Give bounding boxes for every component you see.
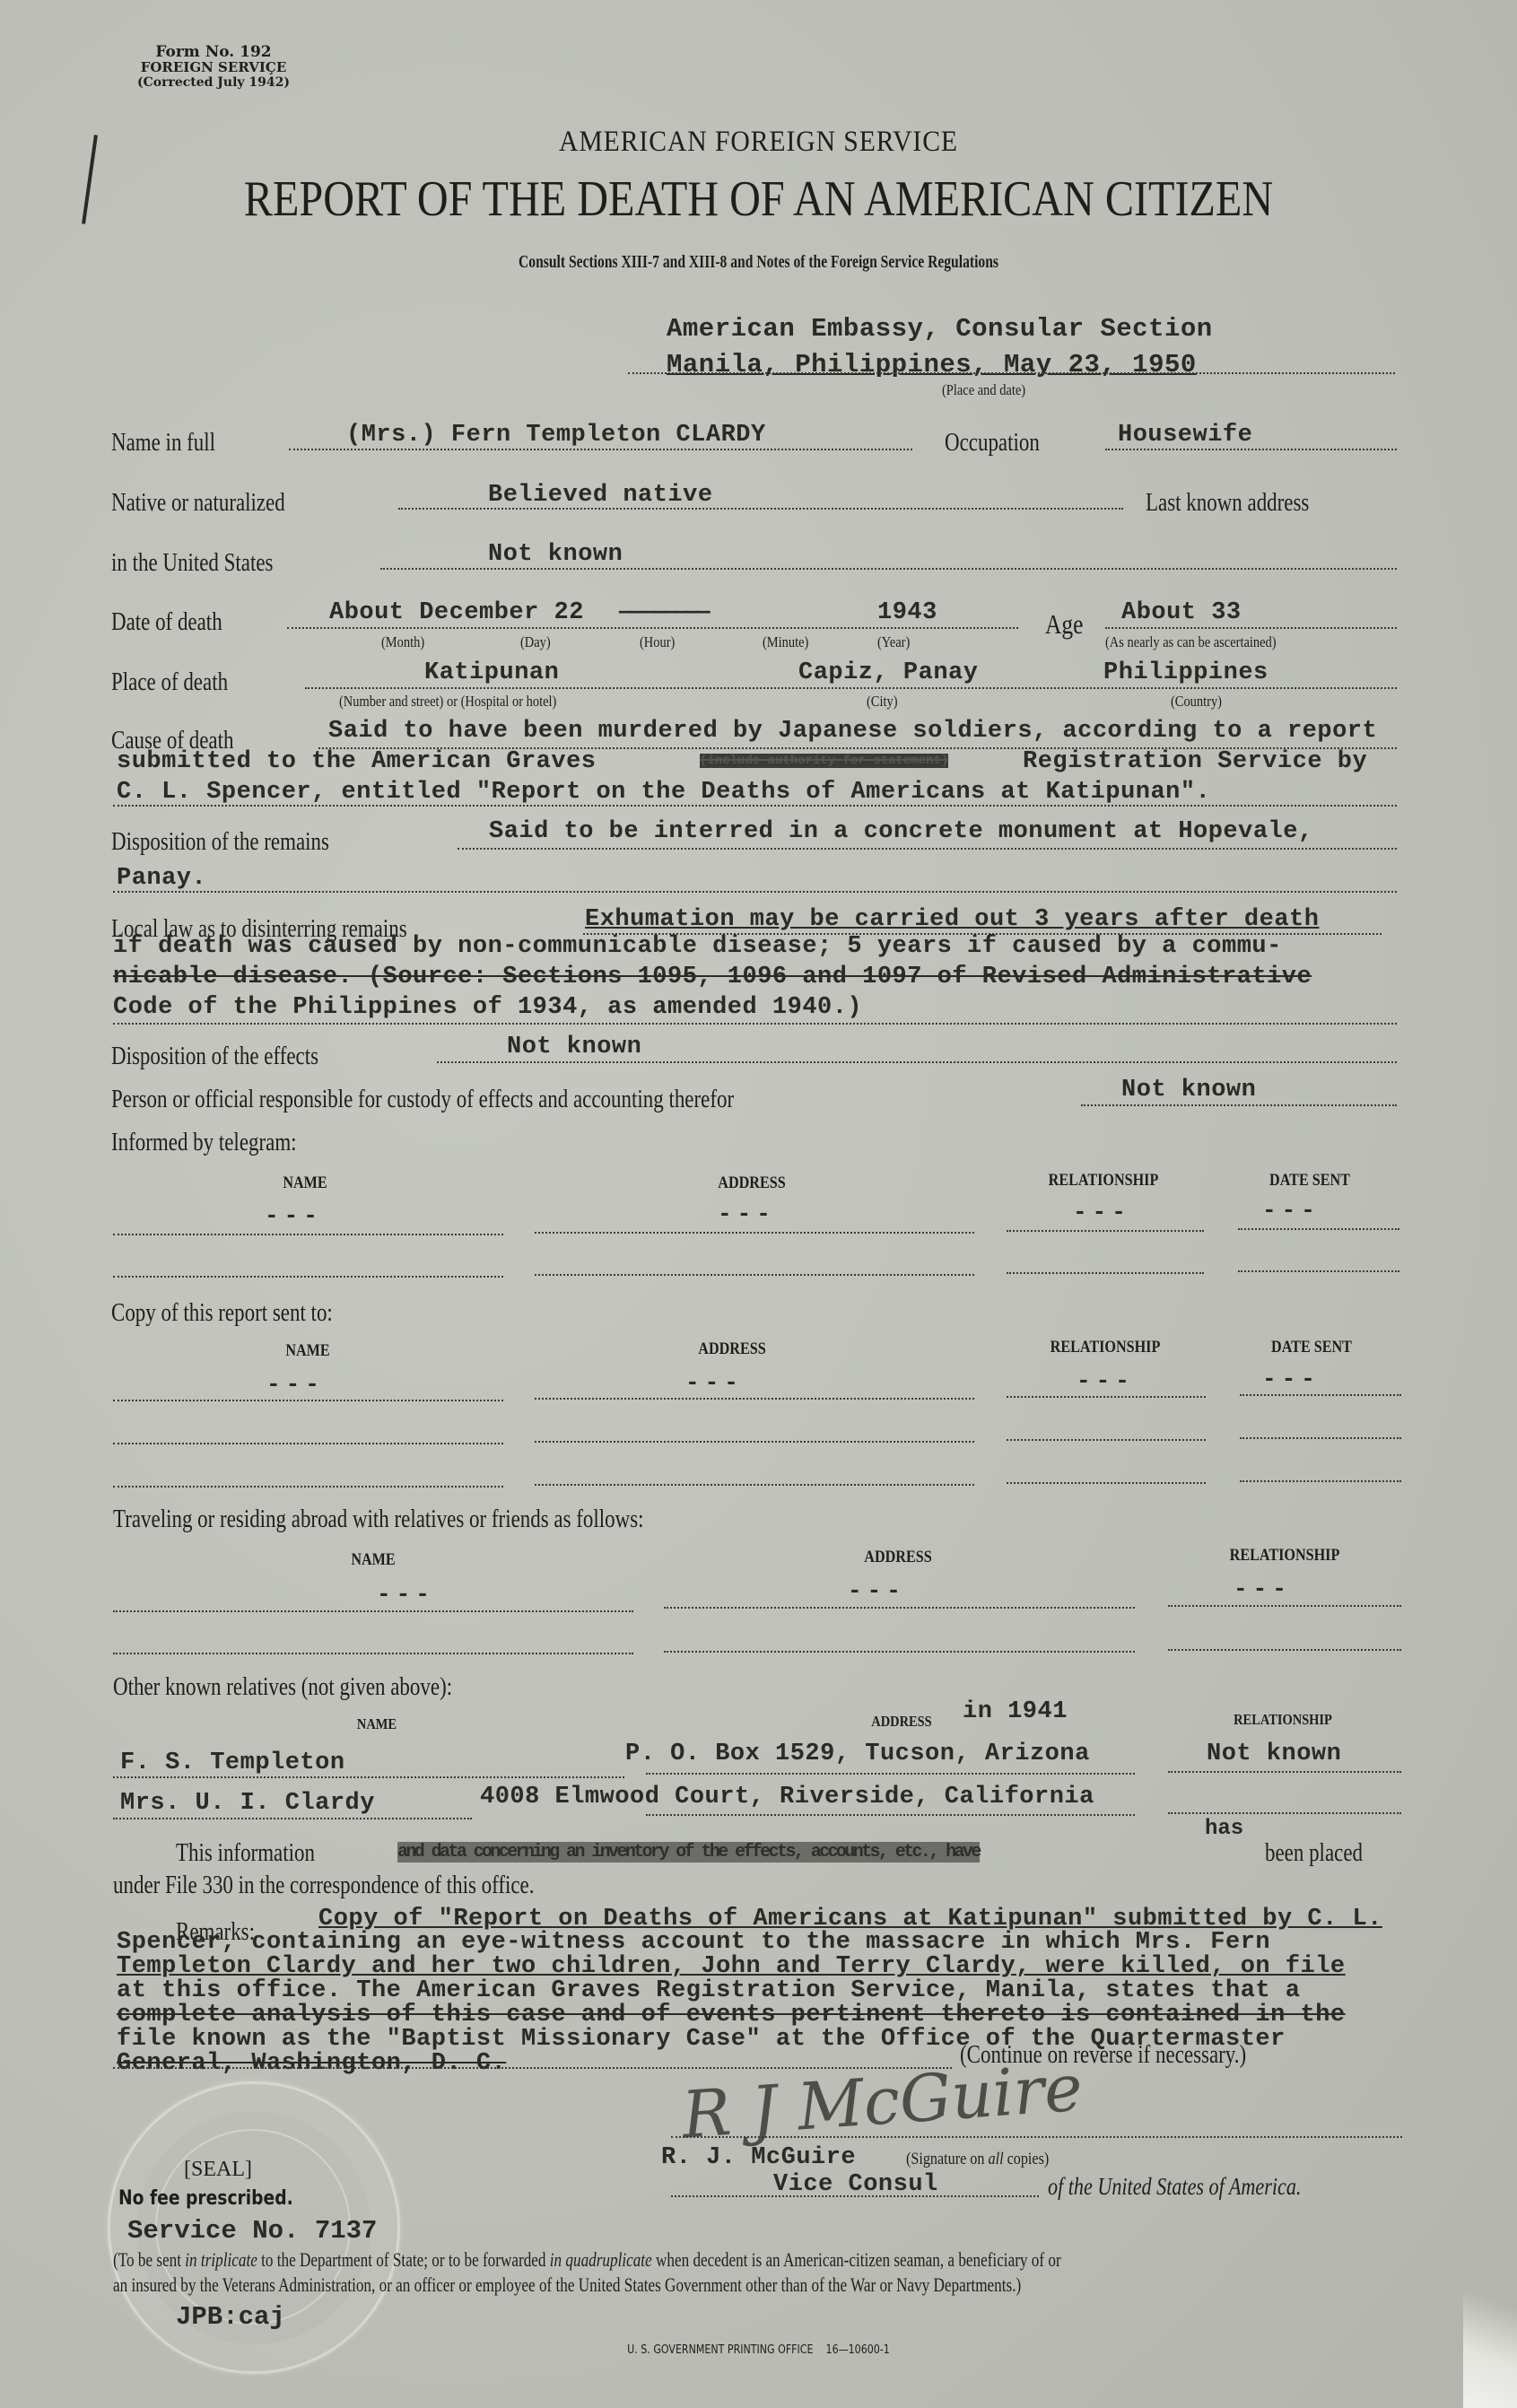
copy-header-name: NAME <box>262 1341 353 1361</box>
copy-header-relationship: RELATIONSHIP <box>1022 1338 1190 1357</box>
in-us-value: Not known <box>488 541 623 568</box>
telegram-row-1-address <box>535 1232 974 1234</box>
telegram-header-name: NAME <box>259 1173 351 1193</box>
signatory-name: R. J. McGuire <box>661 2144 856 2171</box>
traveling-row-1-address <box>664 1607 1135 1609</box>
remarks-line-4: at this office. The American Graves Regi… <box>117 1977 1301 2004</box>
copy-header-date: DATE SENT <box>1251 1338 1373 1357</box>
remarks-line-3: Templeton Clardy and her two children, J… <box>117 1953 1346 1980</box>
relative-1-relationship: Not known <box>1207 1741 1341 1767</box>
note-1e: when decedent is an American-citizen sea… <box>652 2248 1061 2271</box>
traveling-row-2-relationship <box>1168 1649 1401 1651</box>
telegram-address-blank: --- <box>718 1200 776 1227</box>
relatives-header-address: ADDRESS <box>856 1713 947 1731</box>
typist-initials: JPB:caj <box>176 2302 285 2332</box>
note-1a: (To be sent <box>113 2248 185 2271</box>
copy-row-1-relationship <box>1007 1396 1206 1398</box>
copy-row-3-name <box>113 1486 503 1488</box>
printer-line: U. S. GOVERNMENT PRINTING OFFICE 16—1060… <box>114 2343 1403 2357</box>
title-line <box>671 2195 1039 2197</box>
relative-2-name-line <box>113 1818 472 1819</box>
no-fee-note: No fee prescribed. <box>118 2187 293 2210</box>
custody-line <box>1081 1104 1397 1106</box>
relatives-label: Other known relatives (not given above): <box>113 1673 452 1702</box>
custody-label: Person or official responsible for custo… <box>111 1086 734 1114</box>
agency-title: AMERICAN FOREIGN SERVICE <box>76 126 1442 159</box>
relative-1-name: F. S. Templeton <box>120 1749 345 1776</box>
relative-1-address-line <box>646 1773 1135 1775</box>
relative-2-name: Mrs. U. I. Clardy <box>120 1790 375 1817</box>
relative-1-name-line <box>113 1776 624 1778</box>
copy-sent-label: Copy of this report sent to: <box>111 1299 333 1328</box>
caption-city: (City) <box>867 693 898 711</box>
information-suffix: been placed <box>1265 1839 1363 1868</box>
copy-row-3-address <box>535 1484 974 1486</box>
traveling-address-blank: --- <box>848 1577 906 1604</box>
in-us-label: in the United States <box>111 549 273 578</box>
name-line <box>289 449 912 450</box>
place-date-caption: (Place and date) <box>942 381 1025 399</box>
local-law-line-3-text: nicable disease. (Source: Sections 1095,… <box>113 964 1312 990</box>
remarks-line-5: complete analysis of this case and of ev… <box>117 2002 1346 2028</box>
footer-note-line-1: (To be sent in triplicate to the Departm… <box>113 2248 1061 2272</box>
copy-address-blank: --- <box>685 1369 744 1396</box>
last-address-label: Last known address <box>1146 489 1309 518</box>
service-number: Service No. 7137 <box>127 2216 377 2246</box>
relatives-header-name: NAME <box>331 1715 423 1733</box>
traveling-row-2-name <box>113 1653 633 1654</box>
caption-minute: (Minute) <box>763 633 808 651</box>
footer-note-line-2: an insured by the Veterans Administratio… <box>113 2273 1021 2297</box>
form-number-block: Form No. 192 FOREIGN SERVIÇE (Corrected … <box>115 45 312 91</box>
copy-date-blank: --- <box>1262 1365 1321 1392</box>
telegram-name-blank: --- <box>265 1202 323 1229</box>
form-number: Form No. 192 <box>115 45 312 60</box>
note-triplicate: in triplicate <box>185 2248 257 2271</box>
copy-row-1-address <box>535 1398 974 1400</box>
caption-month: (Month) <box>381 633 424 651</box>
place-country: Philippines <box>1103 659 1269 686</box>
native-value: Believed native <box>488 482 713 509</box>
custody-value: Not known <box>1121 1077 1256 1104</box>
age-line <box>1105 627 1397 629</box>
copy-row-3-relationship <box>1007 1482 1206 1484</box>
local-law-line-2-text: if death was caused by non-communicable … <box>113 933 1282 960</box>
name-value: (Mrs.) Fern Templeton CLARDY <box>346 422 766 449</box>
traveling-label: Traveling or residing abroad with relati… <box>113 1505 644 1534</box>
telegram-row-2-relationship <box>1007 1272 1204 1274</box>
effects-label: Disposition of the effects <box>111 1043 318 1071</box>
date-of-death-line <box>287 627 1018 629</box>
information-insert: has <box>1205 1817 1243 1841</box>
note-1c: to the Department of State; or to be for… <box>257 2248 550 2271</box>
cause-struck-text: (include authority for statement) <box>700 754 948 768</box>
place-of-death-label: Place of death <box>111 668 228 697</box>
signature-caption: (Signature on all copies) <box>906 2150 1049 2169</box>
signature-caption-prefix: (Signature on <box>906 2150 989 2168</box>
remains-line-1 <box>458 848 1397 850</box>
telegram-header-date: DATE SENT <box>1249 1171 1371 1191</box>
remains-line-2-text: Panay. <box>117 865 206 892</box>
relative-2-relationship-line <box>1168 1812 1401 1814</box>
traveling-row-2-address <box>664 1651 1135 1653</box>
native-label: Native or naturalized <box>111 489 285 518</box>
age-caption: (As nearly as can be ascertained) <box>1105 633 1277 651</box>
title-suffix: of the United States of America. <box>1048 2173 1301 2201</box>
telegram-header-address: ADDRESS <box>706 1173 798 1193</box>
copy-name-blank: --- <box>266 1371 325 1398</box>
relative-1-relationship-line <box>1168 1771 1401 1773</box>
date-of-death-dash: ———————— <box>619 599 707 626</box>
caption-street: (Number and street) or (Hospital or hote… <box>339 693 556 711</box>
remains-label: Disposition of the remains <box>111 828 329 857</box>
signature-line <box>671 2136 1402 2138</box>
signature-caption-suffix: copies) <box>1004 2150 1050 2168</box>
copy-row-1-date <box>1240 1394 1401 1396</box>
note-quadruplicate: in quadruplicate <box>550 2248 652 2271</box>
traveling-header-name: NAME <box>327 1550 419 1570</box>
remains-line-2 <box>113 891 1397 893</box>
telegram-row-1-date <box>1238 1228 1399 1230</box>
remarks-line-7: General, Washington, D. C. <box>117 2050 506 2077</box>
telegram-label: Informed by telegram: <box>111 1129 297 1157</box>
copy-row-2-address <box>535 1441 974 1443</box>
copy-row-3-date <box>1240 1480 1401 1482</box>
local-law-line-4-text: Code of the Philippines of 1934, as amen… <box>113 994 862 1021</box>
remains-line-1-text: Said to be interred in a concrete monume… <box>489 818 1313 845</box>
traveling-name-blank: --- <box>377 1581 435 1608</box>
copy-header-address: ADDRESS <box>686 1339 778 1359</box>
telegram-row-2-date <box>1238 1270 1399 1272</box>
copy-relationship-blank: --- <box>1077 1367 1135 1394</box>
place-street: Katipunan <box>424 659 559 686</box>
effects-line <box>437 1061 1397 1063</box>
page-title: REPORT OF THE DEATH OF AN AMERICAN CITIZ… <box>106 170 1410 228</box>
relative-2-address: 4008 Elmwood Court, Riverside, Californi… <box>480 1784 1094 1810</box>
telegram-row-1-name <box>113 1234 503 1235</box>
occupation-value: Housewife <box>1118 422 1252 449</box>
caption-year: (Year) <box>877 633 910 651</box>
remarks-line-2: Spencer, containing an eye-witness accou… <box>117 1929 1270 1956</box>
information-struck: and data concerning an inventory of the … <box>397 1842 980 1863</box>
cause-line-3: C. L. Spencer, entitled "Report on the D… <box>117 779 1210 806</box>
age-label: Age <box>1045 608 1083 641</box>
traveling-row-1-relationship <box>1168 1605 1401 1607</box>
occupation-label: Occupation <box>945 429 1040 458</box>
cause-line-2a: submitted to the American Graves <box>117 748 596 775</box>
cause-line-2b: Registration Service by <box>1023 748 1367 775</box>
traveling-header-address: ADDRESS <box>852 1548 944 1567</box>
place-city: Capiz, Panay <box>798 659 978 686</box>
traveling-relationship-blank: --- <box>1234 1575 1292 1602</box>
traveling-header-relationship: RELATIONSHIP <box>1201 1546 1369 1566</box>
date-of-death-value: About December 22 <box>329 599 584 626</box>
date-of-death-year: 1943 <box>877 599 937 626</box>
date-of-death-label: Date of death <box>111 608 222 637</box>
occupation-line <box>1105 449 1397 450</box>
cause-line-1-text: Said to have been murdered by Japanese s… <box>328 718 1377 745</box>
effects-value: Not known <box>507 1034 641 1060</box>
place-date-line <box>628 372 1395 374</box>
age-value: About 33 <box>1121 599 1242 626</box>
caption-day: (Day) <box>520 633 551 651</box>
telegram-relationship-blank: --- <box>1073 1199 1131 1226</box>
cause-line-3-rule <box>113 805 1397 807</box>
consult-note: Consult Sections XIII-7 and XIII-8 and N… <box>167 252 1350 273</box>
place-line-1: American Embassy, Consular Section <box>667 314 1213 344</box>
copy-row-2-date <box>1240 1437 1401 1439</box>
copy-row-1-name <box>113 1400 503 1401</box>
copy-row-2-name <box>113 1443 503 1444</box>
caption-country: (Country) <box>1171 693 1222 711</box>
signatory-title: Vice Consul <box>773 2171 938 2198</box>
telegram-row-1-relationship <box>1007 1230 1204 1232</box>
telegram-row-2-address <box>535 1274 974 1276</box>
information-line-2: under File 330 in the correspondence of … <box>113 1871 534 1900</box>
telegram-row-2-name <box>113 1276 503 1278</box>
relatives-address-note: in 1941 <box>963 1698 1068 1725</box>
signature-caption-all: all <box>989 2150 1004 2168</box>
seal-label: [SEAL] <box>184 2158 252 2182</box>
page-corner-curl <box>1463 2229 1517 2408</box>
form-service: FOREIGN SERVIÇE <box>115 60 312 75</box>
telegram-header-relationship: RELATIONSHIP <box>1020 1171 1188 1191</box>
local-law-line-1-text: Exhumation may be carried out 3 years af… <box>585 906 1319 933</box>
relatives-header-relationship: RELATIONSHIP <box>1199 1711 1367 1729</box>
in-us-line <box>380 568 1397 570</box>
copy-row-2-relationship <box>1007 1439 1206 1441</box>
telegram-date-blank: --- <box>1262 1197 1321 1224</box>
relative-2-address-line <box>646 1814 1135 1816</box>
place-of-death-line <box>305 687 1397 689</box>
local-law-line-4 <box>113 1023 1397 1025</box>
place-line-2: Manila, Philippines, May 23, 1950 <box>667 350 1197 380</box>
form-corrected: (Corrected July 1942) <box>115 75 312 91</box>
caption-hour: (Hour) <box>640 633 675 651</box>
relative-1-address: P. O. Box 1529, Tucson, Arizona <box>625 1741 1090 1767</box>
traveling-row-1-name <box>113 1610 633 1612</box>
name-label: Name in full <box>111 429 215 458</box>
information-prefix: This information <box>176 1839 315 1868</box>
